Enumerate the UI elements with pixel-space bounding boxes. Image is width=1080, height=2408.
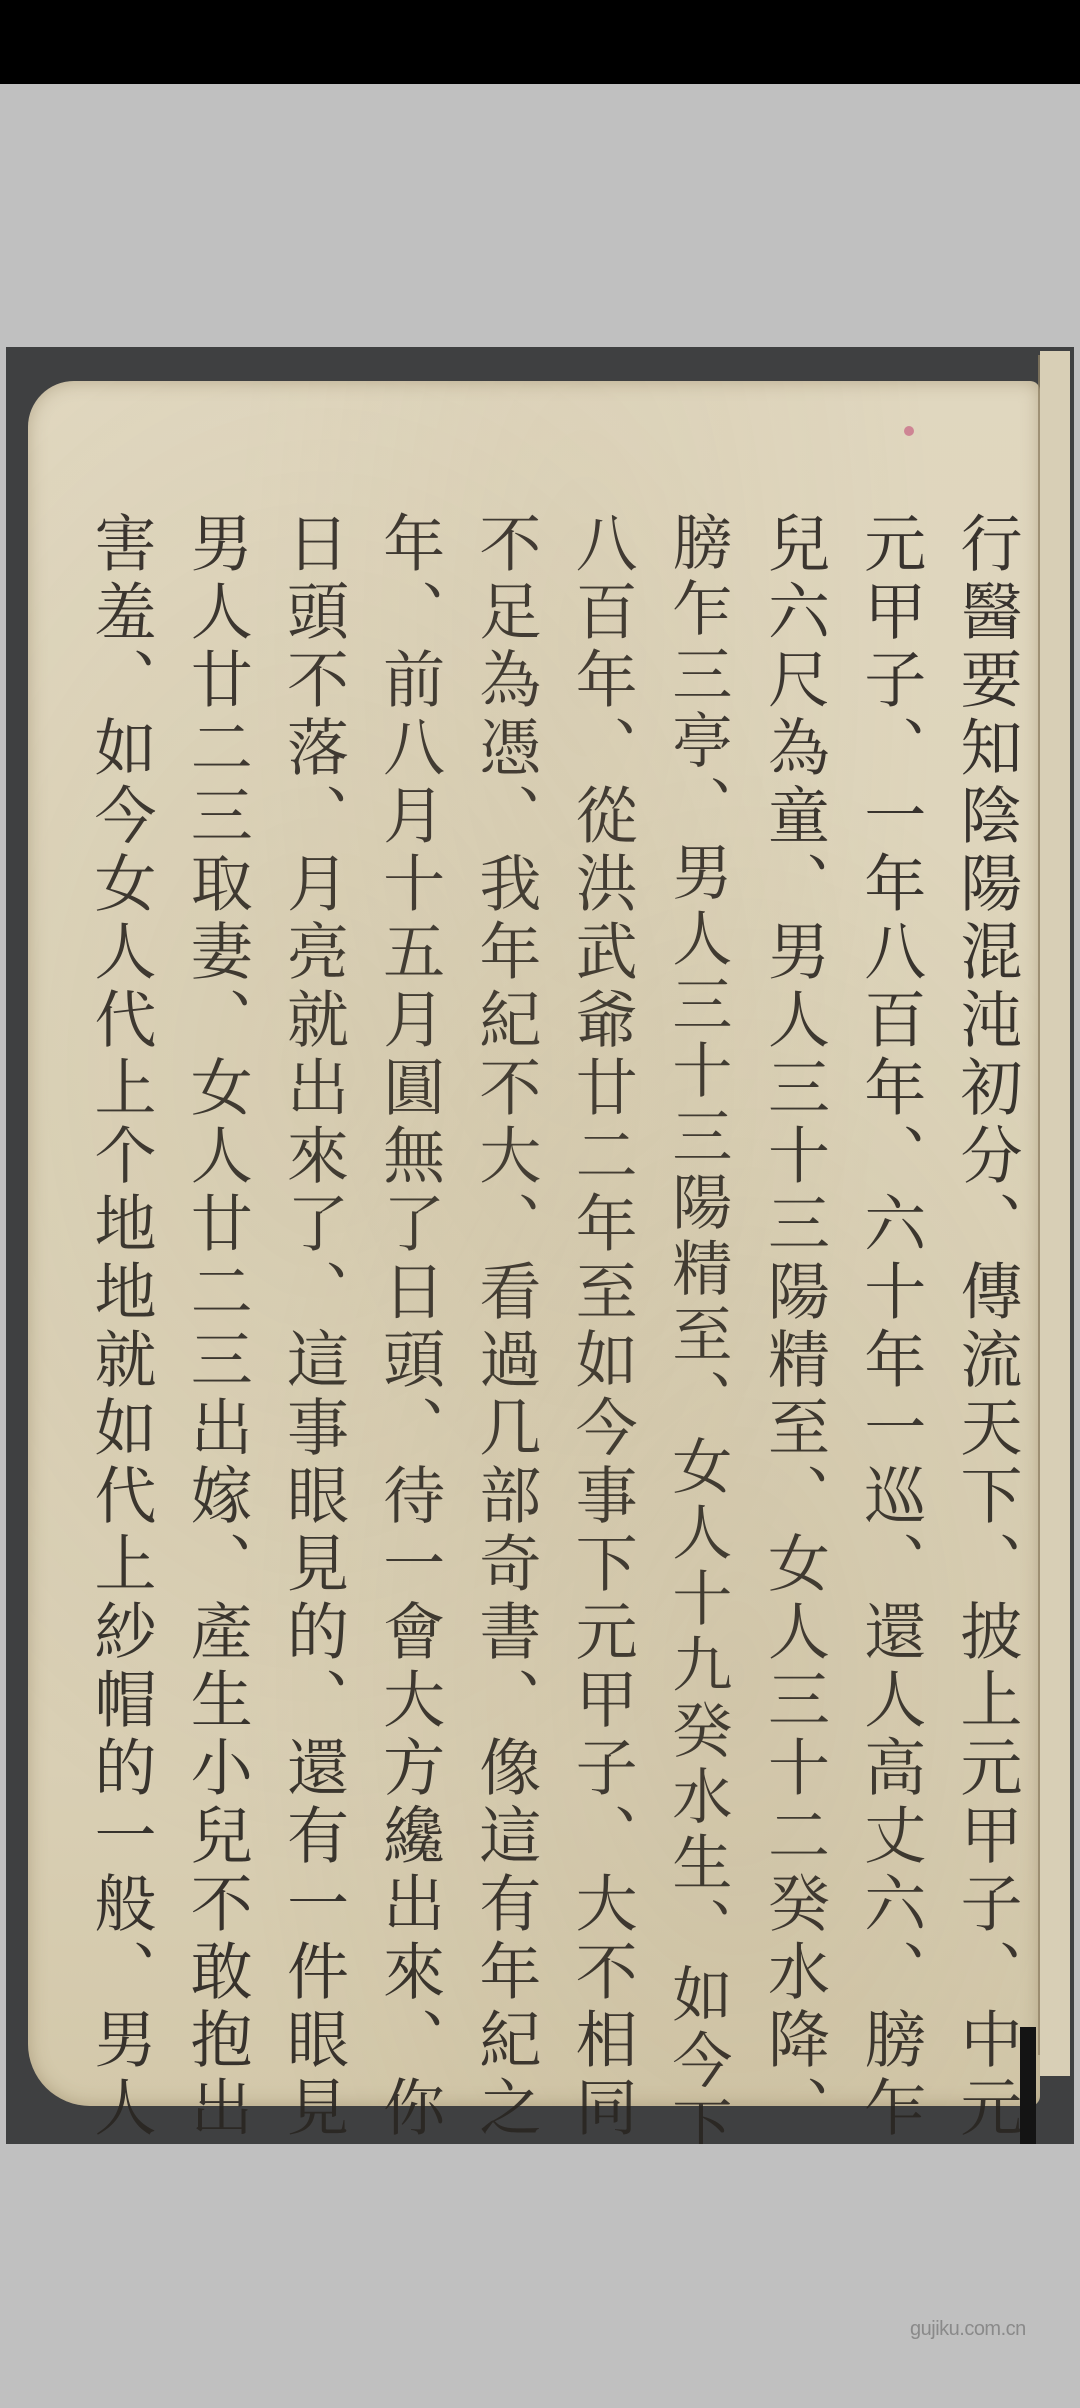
- text-column-8: 日頭不落、月亮就出來了、這事眼見的、還有一件眼見的事古人: [270, 511, 354, 2051]
- text-column-2: 元甲子、一年八百年、六十年一巡、還人高丈六、膀乍三尺新産嬰: [848, 511, 932, 2051]
- status-bar: [0, 0, 1080, 84]
- manuscript-paper: 行醫要知陰陽混沌初分、傳流天下、披上元甲子、中元甲子、下 元甲子、一年八百年、六…: [28, 381, 1040, 2106]
- text-column-1: 行醫要知陰陽混沌初分、傳流天下、披上元甲子、中元甲子、下: [944, 511, 1028, 2051]
- watermark-text: gujiku.com.cn: [910, 2318, 1026, 2341]
- text-column-4: 膀乍三亭、男人三十三陽精至、女人十九癸水生、如今下元甲子、一千: [655, 511, 739, 2051]
- text-columns: 行醫要知陰陽混沌初分、傳流天下、披上元甲子、中元甲子、下 元甲子、一年八百年、六…: [78, 511, 1028, 2051]
- adjacent-page-edge: [1040, 351, 1070, 2076]
- text-column-10: 害羞、如今女人代上个地地就如代上紗帽的一般、男人取子妻: [78, 511, 162, 2051]
- spine-shadow: [1020, 2027, 1036, 2144]
- text-column-9: 男人廿二三取妻、女人廿二三出嫁、產生小兒不敢抱出來看見人還: [174, 511, 258, 2051]
- text-column-7: 年、前八月十五月圓無了日頭、待一會大方纔出來、你看如今: [367, 511, 451, 2051]
- red-ink-mark: [904, 426, 914, 436]
- text-column-3: 兒六尺為童、男人三十三陽精至、女人三十二癸水降、中元甲子、人高丈二: [752, 511, 836, 2051]
- text-column-5: 八百年、從洪武爺廿二年至如今事下元甲子、大不相同、我說這: [559, 511, 643, 2051]
- page-fold-line: [1038, 355, 1040, 2055]
- manuscript-scan[interactable]: 行醫要知陰陽混沌初分、傳流天下、披上元甲子、中元甲子、下 元甲子、一年八百年、六…: [6, 347, 1074, 2144]
- text-column-6: 不足為憑、我年紀不大、看過几部奇書、像這有年紀之道五十: [463, 511, 547, 2051]
